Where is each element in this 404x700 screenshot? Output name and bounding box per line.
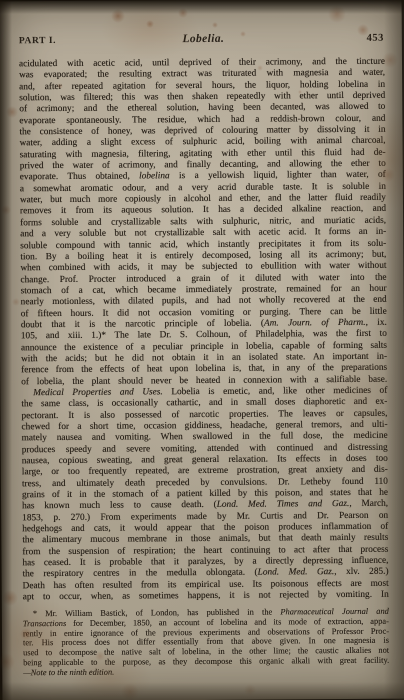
paragraph: Medical Properties and Uses. Lobelia is … bbox=[21, 386, 388, 604]
page-header: PART I. Lobelia. 453 bbox=[19, 32, 384, 50]
text-line: —Note to the ninth edition. bbox=[23, 665, 389, 677]
footnote: * Mr. William Bastick, of London, has pu… bbox=[23, 607, 389, 678]
book-page: PART I. Lobelia. 453 acidulated with ace… bbox=[0, 0, 404, 700]
text-line: apt to occur, when, as sometimes happens… bbox=[23, 590, 389, 604]
body-text: acidulated with acetic acid, until depri… bbox=[19, 57, 389, 604]
paragraph: acidulated with acetic acid, until depri… bbox=[19, 57, 387, 389]
part-label: PART I. bbox=[19, 36, 56, 46]
scanned-page-photo: PART I. Lobelia. 453 acidulated with ace… bbox=[0, 0, 404, 700]
page-number: 453 bbox=[367, 33, 384, 44]
running-title: Lobelia. bbox=[182, 33, 224, 45]
